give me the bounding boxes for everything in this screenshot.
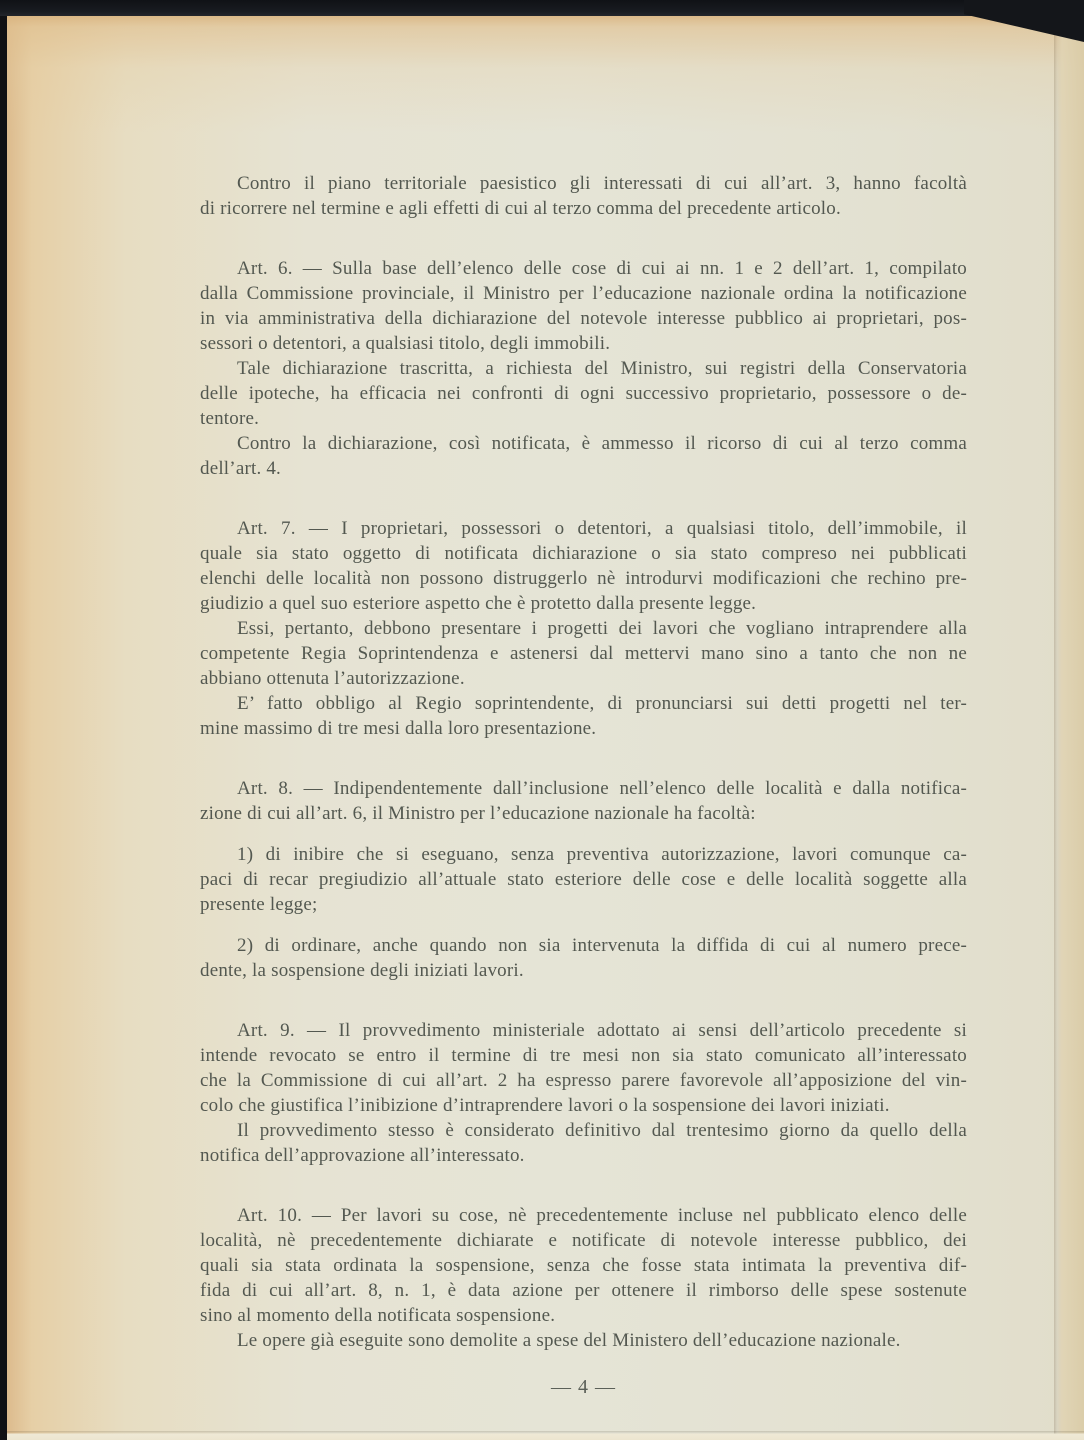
- text-line: in via amministrativa della dichiarazion…: [200, 306, 967, 331]
- text-line: tentore.: [200, 406, 967, 431]
- paragraph: Contro la dichiarazione, così notificata…: [200, 431, 967, 481]
- paragraph-art-7: Art. 7. — I proprietari, possessori o de…: [200, 516, 967, 616]
- text-line: Art. 8. — Indipendentemente dall’inclusi…: [200, 776, 967, 801]
- paragraph: Il provvedimento stesso è considerato de…: [200, 1118, 967, 1168]
- paragraph: E’ fatto obbligo al Regio soprintendente…: [200, 691, 967, 741]
- book-page: Contro il piano territoriale paesistico …: [6, 13, 1084, 1440]
- text-line: giudizio a quel suo esteriore aspetto ch…: [200, 591, 967, 616]
- text-line: Essi, pertanto, debbono presentare i pro…: [200, 616, 967, 641]
- text-line: dell’art. 4.: [200, 456, 967, 481]
- text-line: Contro il piano territoriale paesistico …: [200, 171, 967, 196]
- text-line: Art. 9. — Il provvedimento ministeriale …: [200, 1018, 967, 1043]
- paragraph-art5-continuation: Contro il piano territoriale paesistico …: [200, 171, 967, 221]
- page-edge-right: [1054, 13, 1084, 1440]
- paragraph-art-6: Art. 6. — Sulla base dell’elenco delle c…: [200, 256, 967, 356]
- text-line: intende revocato se entro il termine di …: [200, 1043, 967, 1068]
- text-line: 2) di ordinare, anche quando non sia int…: [200, 933, 967, 958]
- text-line: Il provvedimento stesso è considerato de…: [200, 1118, 967, 1143]
- text-line: sessori o detentori, a qualsiasi titolo,…: [200, 331, 967, 356]
- text-line: dalla Commissione provinciale, il Minist…: [200, 281, 967, 306]
- text-line: dente, la sospensione degli iniziati lav…: [200, 958, 967, 983]
- list-item-1: 1) di inibire che si eseguano, senza pre…: [200, 842, 967, 917]
- paragraph: Tale dichiarazione trascritta, a richies…: [200, 356, 967, 431]
- paragraph: Essi, pertanto, debbono presentare i pro…: [200, 616, 967, 691]
- scanner-background-top: [0, 0, 1084, 16]
- text-line: E’ fatto obbligo al Regio soprintendente…: [200, 691, 967, 716]
- text-line: Le opere già eseguite sono demolite a sp…: [200, 1328, 967, 1353]
- text-line: quali sia stata ordinata la sospensione,…: [200, 1253, 967, 1278]
- text-line: Tale dichiarazione trascritta, a richies…: [200, 356, 967, 381]
- page-bottom-edge: [6, 1431, 1084, 1440]
- text-line: paci di recar pregiudizio all’attuale st…: [200, 867, 967, 892]
- text-line: Contro la dichiarazione, così notificata…: [200, 431, 967, 456]
- text-line: sino al momento della notificata sospens…: [200, 1303, 967, 1328]
- text-line: fida di cui all’art. 8, n. 1, è data azi…: [200, 1278, 967, 1303]
- text-line: elenchi delle località non possono distr…: [200, 566, 967, 591]
- text-line: colo che giustifica l’inibizione d’intra…: [200, 1093, 967, 1118]
- text-line: mine massimo di tre mesi dalla loro pres…: [200, 716, 967, 741]
- paragraph-art-10: Art. 10. — Per lavori su cose, nè preced…: [200, 1203, 967, 1328]
- list-item-2: 2) di ordinare, anche quando non sia int…: [200, 933, 967, 983]
- text-line: 1) di inibire che si eseguano, senza pre…: [200, 842, 967, 867]
- scanned-book-page: Contro il piano territoriale paesistico …: [0, 0, 1084, 1440]
- text-line: zione di cui all’art. 6, il Ministro per…: [200, 801, 967, 826]
- text-line: abbiano ottenuta l’autorizzazione.: [200, 666, 967, 691]
- text-line: competente Regia Soprintendenza e astene…: [200, 641, 967, 666]
- text-line: Art. 7. — I proprietari, possessori o de…: [200, 516, 967, 541]
- text-line: presente legge;: [200, 892, 967, 917]
- paragraph-art-8: Art. 8. — Indipendentemente dall’inclusi…: [200, 776, 967, 826]
- text-line: Art. 6. — Sulla base dell’elenco delle c…: [200, 256, 967, 281]
- text-line: quale sia stato oggetto di notificata di…: [200, 541, 967, 566]
- document-text: Contro il piano territoriale paesistico …: [200, 13, 967, 1400]
- text-line: delle ipoteche, ha efficacia nei confron…: [200, 381, 967, 406]
- paragraph-art-9: Art. 9. — Il provvedimento ministeriale …: [200, 1018, 967, 1118]
- text-line: di ricorrere nel termine e agli effetti …: [200, 196, 967, 221]
- text-line: Art. 10. — Per lavori su cose, nè preced…: [200, 1203, 967, 1228]
- paragraph: Le opere già eseguite sono demolite a sp…: [200, 1328, 967, 1353]
- text-line: notifica dell’approvazione all’interessa…: [200, 1143, 967, 1168]
- scanner-background-left: [0, 0, 7, 1440]
- text-line: che la Commissione di cui all’art. 2 ha …: [200, 1068, 967, 1093]
- text-line: località, nè precedentemente dichiarate …: [200, 1228, 967, 1253]
- page-number: — 4 —: [200, 1375, 967, 1400]
